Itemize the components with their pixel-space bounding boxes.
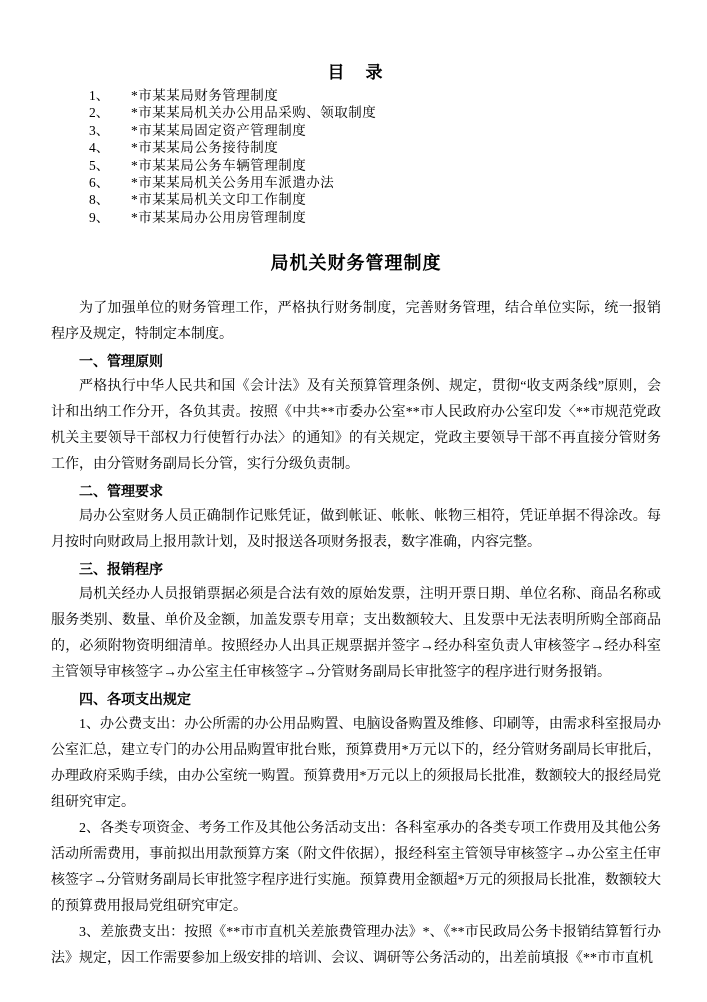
- toc-item-text: *市某某局机关文印工作制度: [131, 191, 661, 208]
- section-1-paragraph: 严格执行中华人民共和国《会计法》及有关预算管理条例、规定，贯彻“收支两条线”原则…: [51, 374, 661, 478]
- toc-item-number: 9、: [89, 209, 131, 226]
- toc-item: 5、 *市某某局公务车辆管理制度: [89, 157, 661, 174]
- toc-item: 4、 *市某某局公务接待制度: [89, 139, 661, 156]
- toc-item-text: *市某某局公务接待制度: [131, 139, 661, 156]
- toc-item: 8、 *市某某局机关文印工作制度: [89, 191, 661, 208]
- toc-item-number: 6、: [89, 174, 131, 191]
- toc-item: 9、 *市某某局办公用房管理制度: [89, 209, 661, 226]
- toc-item-text: *市某某局公务车辆管理制度: [131, 157, 661, 174]
- toc-item-text: *市某某局机关公务用车派遣办法: [131, 174, 661, 191]
- document-body: 为了加强单位的财务管理工作，严格执行财务制度，完善财务管理，结合单位实际，统一报…: [51, 296, 661, 972]
- toc-item-number: 3、: [89, 122, 131, 139]
- section-heading-4: 四、各项支出规定: [51, 686, 661, 712]
- toc-item: 6、 *市某某局机关公务用车派遣办法: [89, 174, 661, 191]
- toc-item-number: 5、: [89, 157, 131, 174]
- section-4-item-3-paragraph: 3、差旅费支出：按照《**市市直机关差旅费管理办法》*、《**市民政局公务卡报销…: [51, 920, 661, 972]
- toc-item-number: 8、: [89, 191, 131, 208]
- toc-item-number: 1、: [89, 87, 131, 104]
- section-2-paragraph: 局办公室财务人员正确制作记账凭证，做到帐证、帐帐、帐物三相符，凭证单据不得涂改。…: [51, 504, 661, 556]
- document-title: 局机关财务管理制度: [51, 251, 661, 275]
- toc-item: 1、 *市某某局财务管理制度: [89, 87, 661, 104]
- toc-item-text: *市某某局固定资产管理制度: [131, 122, 661, 139]
- toc-item-number: 2、: [89, 104, 131, 121]
- section-heading-3: 三、报销程序: [51, 556, 661, 582]
- toc-item-text: *市某某局机关办公用品采购、领取制度: [131, 104, 661, 121]
- section-heading-2: 二、管理要求: [51, 478, 661, 504]
- toc-item-text: *市某某局办公用房管理制度: [131, 209, 661, 226]
- toc-section: 目 录 1、 *市某某局财务管理制度 2、 *市某某局机关办公用品采购、领取制度…: [51, 62, 661, 226]
- toc-title: 目 录: [51, 62, 661, 84]
- section-heading-1: 一、管理原则: [51, 348, 661, 374]
- toc-item: 3、 *市某某局固定资产管理制度: [89, 122, 661, 139]
- section-3-paragraph: 局机关经办人员报销票据必须是合法有效的原始发票，注明开票日期、单位名称、商品名称…: [51, 582, 661, 686]
- toc-list: 1、 *市某某局财务管理制度 2、 *市某某局机关办公用品采购、领取制度 3、 …: [51, 87, 661, 226]
- toc-item-text: *市某某局财务管理制度: [131, 87, 661, 104]
- intro-paragraph: 为了加强单位的财务管理工作，严格执行财务制度，完善财务管理，结合单位实际，统一报…: [51, 296, 661, 348]
- toc-item: 2、 *市某某局机关办公用品采购、领取制度: [89, 104, 661, 121]
- section-4-item-1-paragraph: 1、办公费支出：办公所需的办公用品购置、电脑设备购置及维修、印刷等，由需求科室报…: [51, 712, 661, 816]
- toc-item-number: 4、: [89, 139, 131, 156]
- section-4-item-2-paragraph: 2、各类专项资金、考务工作及其他公务活动支出：各科室承办的各类专项工作费用及其他…: [51, 816, 661, 920]
- document-page: 目 录 1、 *市某某局财务管理制度 2、 *市某某局机关办公用品采购、领取制度…: [0, 0, 707, 1002]
